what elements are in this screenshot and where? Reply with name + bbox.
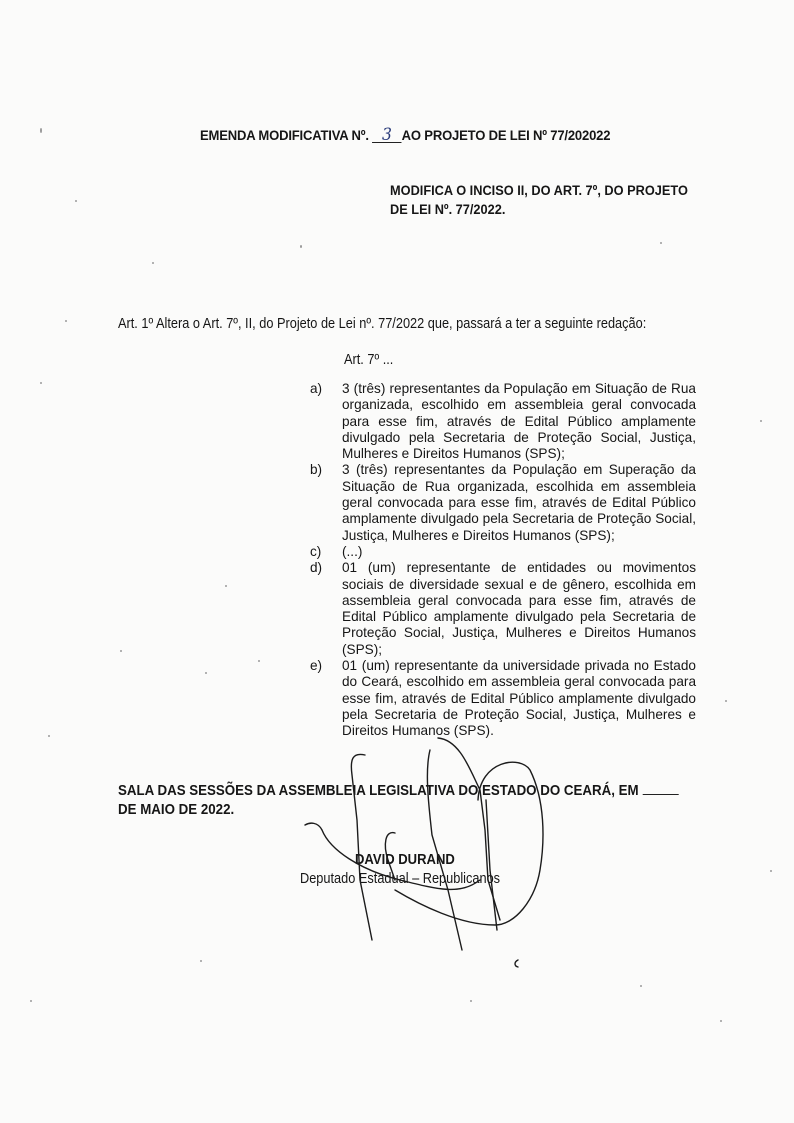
- item-text: 3 (três) representantes da População em …: [342, 462, 696, 543]
- article-7-heading: Art. 7º ...: [344, 352, 393, 368]
- item-letter: e): [310, 658, 342, 739]
- list-item: e) 01 (um) representante da universidade…: [310, 658, 696, 739]
- item-text: 01 (um) representante da universidade pr…: [342, 658, 696, 739]
- ementa: MODIFICA O INCISO II, DO ART. 7º, DO PRO…: [390, 182, 701, 220]
- item-letter: b): [310, 462, 342, 543]
- item-letter: a): [310, 381, 342, 462]
- closing-statement: SALA DAS SESSÕES DA ASSEMBLEIA LEGISLATI…: [118, 782, 694, 820]
- handwritten-amendment-number: 3: [372, 128, 401, 143]
- closing-line-2: DE MAIO DE 2022.: [118, 801, 694, 820]
- article-1: Art. 1º Altera o Art. 7º, II, do Projeto…: [118, 316, 681, 332]
- item-letter: c): [310, 544, 342, 560]
- item-text: 01 (um) representante de entidades ou mo…: [342, 560, 696, 658]
- item-letter: d): [310, 560, 342, 658]
- item-text: 3 (três) representantes da População em …: [342, 381, 696, 462]
- list-item: c) (...): [310, 544, 696, 560]
- title-suffix: AO PROJETO DE LEI Nº 77/202022: [402, 128, 611, 144]
- ementa-line-2: DE LEI Nº. 77/2022.: [390, 201, 701, 220]
- title-prefix: EMENDA MODIFICATIVA Nº.: [200, 128, 369, 144]
- list-item: d) 01 (um) representante de entidades ou…: [310, 560, 696, 658]
- item-text: (...): [342, 544, 696, 560]
- ementa-line-1: MODIFICA O INCISO II, DO ART. 7º, DO PRO…: [390, 182, 701, 201]
- item-list: a) 3 (três) representantes da População …: [310, 381, 696, 740]
- signer-name: DAVID DURAND: [355, 852, 455, 868]
- list-item: b) 3 (três) representantes da População …: [310, 462, 696, 543]
- list-item: a) 3 (três) representantes da População …: [310, 381, 696, 462]
- closing-line-1: SALA DAS SESSÕES DA ASSEMBLEIA LEGISLATI…: [118, 783, 639, 799]
- amendment-title: EMENDA MODIFICATIVA Nº. 3AO PROJETO DE L…: [200, 128, 605, 144]
- day-blank: [642, 794, 678, 795]
- signer-role: Deputado Estadual – Republicanos: [300, 871, 500, 887]
